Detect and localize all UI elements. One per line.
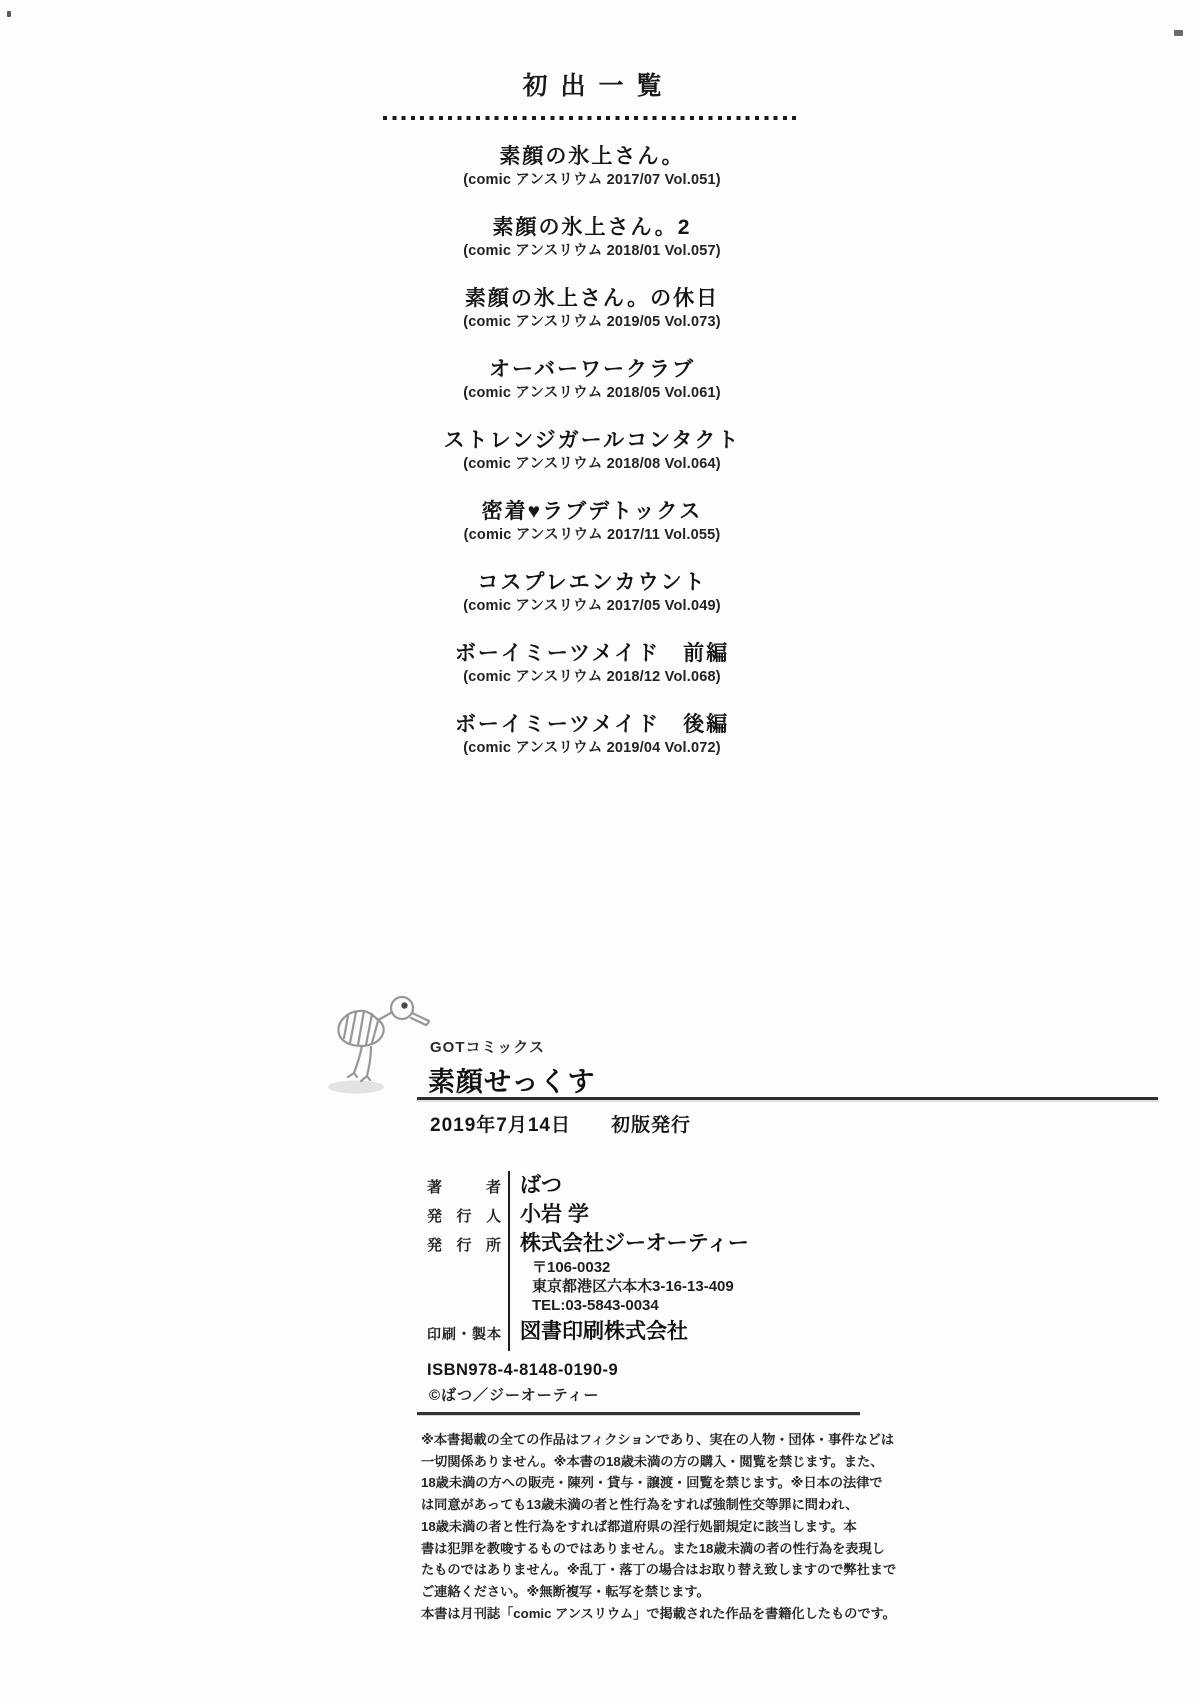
postal-code: 〒106-0032 [532,1258,749,1277]
entry-source: (comic アンスリウム 2017/11 Vol.055) [383,526,801,544]
entry-title: オーバーワークラブ [383,356,801,384]
credit-value-name: 株式会社ジーオーティー [520,1229,749,1258]
credit-row-publisher-person: 発行人 小岩 学 [427,1200,1127,1229]
credit-row-printer: 印刷・製本 図書印刷株式会社 [427,1315,1127,1351]
publication-entry: 素顔の氷上さん。の休日 (comic アンスリウム 2019/05 Vol.07… [383,285,801,331]
publication-entry: コスプレエンカウント (comic アンスリウム 2017/05 Vol.049… [383,569,801,615]
publication-entry: ストレンジガールコンタクト (comic アンスリウム 2018/08 Vol.… [383,427,801,473]
dotted-divider [383,116,801,120]
scan-speck [7,11,11,17]
entry-source: (comic アンスリウム 2017/07 Vol.051) [383,171,801,189]
disclaimer: ※本書掲載の全ての作品はフィクションであり、実在の人物・団体・事件などは 一切関… [421,1429,861,1624]
disclaimer-line: ご連絡ください。※無断複写・転写を禁じます。 [421,1581,861,1603]
publication-entry: 密着♥ラブデトックス (comic アンスリウム 2017/11 Vol.055… [383,498,801,544]
publication-entry: オーバーワークラブ (comic アンスリウム 2018/05 Vol.061) [383,356,801,402]
publication-entries: 素顔の氷上さん。 (comic アンスリウム 2017/07 Vol.051) … [383,143,801,757]
credit-value: ばつ [508,1171,562,1200]
publisher-address: 〒106-0032 東京都港区六本木3-16-13-409 TEL:03-584… [520,1258,749,1315]
entry-title: 素顔の氷上さん。の休日 [383,285,801,313]
publication-entry: ボーイミーツメイド 後編 (comic アンスリウム 2019/04 Vol.0… [383,711,801,757]
credit-label: 著者 [427,1171,501,1200]
credit-row-publisher-company: 発行所 株式会社ジーオーティー 〒106-0032 東京都港区六本木3-16-1… [427,1229,1127,1315]
credit-value: 小岩 学 [508,1200,589,1229]
disclaimer-line: たものではありません。※乱丁・落丁の場合はお取り替え致しますので弊社まで [421,1559,861,1581]
entry-title: 素顔の氷上さん。 [383,143,801,171]
disclaimer-line: ※本書掲載の全ての作品はフィクションであり、実在の人物・団体・事件などは [421,1429,861,1451]
entry-title: 素顔の氷上さん。2 [383,214,801,242]
first-publication-section: 初出一覧 素顔の氷上さん。 (comic アンスリウム 2017/07 Vol.… [383,66,801,782]
credit-value: 株式会社ジーオーティー 〒106-0032 東京都港区六本木3-16-13-40… [508,1229,749,1315]
disclaimer-line: 一切関係ありません。※本書の18歳未満の方の購入・閲覧を禁じます。また、 [421,1451,861,1473]
publication-entry: 素顔の氷上さん。2 (comic アンスリウム 2018/01 Vol.057) [383,214,801,260]
address-line: 東京都港区六本木3-16-13-409 [532,1277,749,1296]
publication-entry: 素顔の氷上さん。 (comic アンスリウム 2017/07 Vol.051) [383,143,801,189]
phone-number: TEL:03-5843-0034 [532,1296,749,1315]
bird-doodle-icon [326,990,438,1096]
magazine-note: 本書は月刊誌「comic アンスリウム」で掲載された作品を書籍化したものです。 [421,1603,861,1625]
entry-title: 密着♥ラブデトックス [383,498,801,526]
disclaimer-line: 18歳未満の方への販売・陳列・貸与・譲渡・回覧を禁じます。※日本の法律で [421,1472,861,1494]
credits-table: 著者 ばつ 発行人 小岩 学 発行所 株式会社ジーオーティー 〒106-0032… [427,1171,1127,1351]
copyright: ©ばつ／ジーオーティー [429,1384,600,1405]
colophon-page: 初出一覧 素顔の氷上さん。 (comic アンスリウム 2017/07 Vol.… [0,0,1200,1702]
entry-title: コスプレエンカウント [383,569,801,597]
entry-title: ボーイミーツメイド 前編 [383,640,801,668]
credit-label: 発行所 [427,1229,501,1315]
entry-source: (comic アンスリウム 2018/12 Vol.068) [383,668,801,686]
disclaimer-line: 18歳未満の者と性行為をすれば都道府県の淫行処罰規定に該当します。本 [421,1516,861,1538]
entry-title: ストレンジガールコンタクト [383,427,801,455]
title-rule [417,1097,1158,1100]
credit-label: 発行人 [427,1200,501,1229]
entry-title: ボーイミーツメイド 後編 [383,711,801,739]
section-title: 初出一覧 [383,66,801,102]
entry-source: (comic アンスリウム 2018/05 Vol.061) [383,384,801,402]
credit-row-author: 著者 ばつ [427,1171,1127,1200]
entry-source: (comic アンスリウム 2018/08 Vol.064) [383,455,801,473]
publication-entry: ボーイミーツメイド 前編 (comic アンスリウム 2018/12 Vol.0… [383,640,801,686]
entry-source: (comic アンスリウム 2018/01 Vol.057) [383,242,801,260]
book-title: 素顔せっくす [428,1060,595,1099]
isbn: ISBN978-4-8148-0190-9 [427,1361,618,1380]
entry-source: (comic アンスリウム 2019/04 Vol.072) [383,739,801,757]
disclaimer-line: 書は犯罪を教唆するものではありません。また18歳未満の者の性行為を表現し [421,1538,861,1560]
entry-source: (comic アンスリウム 2019/05 Vol.073) [383,313,801,331]
scan-speck [1174,30,1183,36]
disclaimer-line: は同意があっても13歳未満の者と性行為をすれば強制性交等罪に問われ、 [421,1494,861,1516]
disclaimer-rule [417,1412,860,1415]
imprint-label: GOTコミックス [430,1036,545,1057]
credit-value: 図書印刷株式会社 [508,1315,688,1351]
entry-source: (comic アンスリウム 2017/05 Vol.049) [383,597,801,615]
edition-date: 2019年7月14日 初版発行 [430,1110,691,1137]
credit-label: 印刷・製本 [427,1315,501,1351]
